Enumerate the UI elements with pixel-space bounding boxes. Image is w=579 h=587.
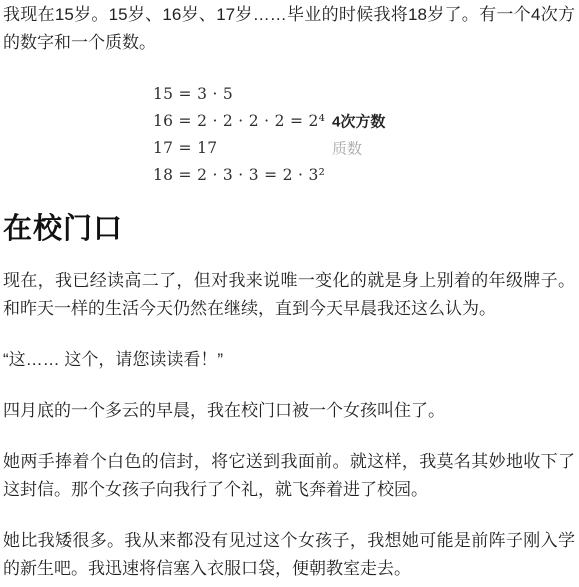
math-block: 15 = 3 · 5 16 = 2 · 2 · 2 · 2 = 2⁴ 4次方数 … (153, 80, 575, 188)
math-row-18: 18 = 2 · 3 · 3 = 2 · 3² (153, 161, 575, 188)
paragraph-shorter-girl: 她比我矮很多。我从来都没有见过这个女孩子，我想她可能是前阵子刚入学的新生吧。我迅… (3, 527, 575, 583)
formula-18: 18 = 2 · 3 · 3 = 2 · 3² (153, 166, 325, 184)
annotation-fourth-power: 4次方数 (332, 110, 385, 131)
annotation-prime: 质数 (332, 137, 362, 158)
paragraph-cloudy-morning: 四月底的一个多云的早晨，我在校门口被一个女孩叫住了。 (3, 397, 575, 425)
math-row-15: 15 = 3 · 5 (153, 80, 575, 107)
paragraph-white-envelope: 她两手捧着个白色的信封，将它送到我面前。就这样，我莫名其妙地收下了这封信。那个女… (3, 448, 575, 504)
paragraph-quote: “这…… 这个，请您读读看！” (3, 346, 575, 374)
intro-paragraph: 我现在15岁。15岁、16岁、17岁……毕业的时候我将18岁了。有一个4次方的数… (3, 1, 575, 57)
ebook-page: 我现在15岁。15岁、16岁、17岁……毕业的时候我将18岁了。有一个4次方的数… (0, 0, 579, 587)
formula-16: 16 = 2 · 2 · 2 · 2 = 2⁴ (153, 112, 325, 130)
math-row-17: 17 = 17 质数 (153, 134, 575, 161)
section-heading: 在校门口 (3, 212, 575, 246)
paragraph-grade-tag: 现在，我已经读高二了，但对我来说唯一变化的就是身上别着的年级牌子。和昨天一样的生… (3, 267, 575, 323)
formula-17: 17 = 17 (153, 139, 217, 157)
formula-15: 15 = 3 · 5 (153, 85, 233, 103)
math-row-16: 16 = 2 · 2 · 2 · 2 = 2⁴ 4次方数 (153, 107, 575, 134)
